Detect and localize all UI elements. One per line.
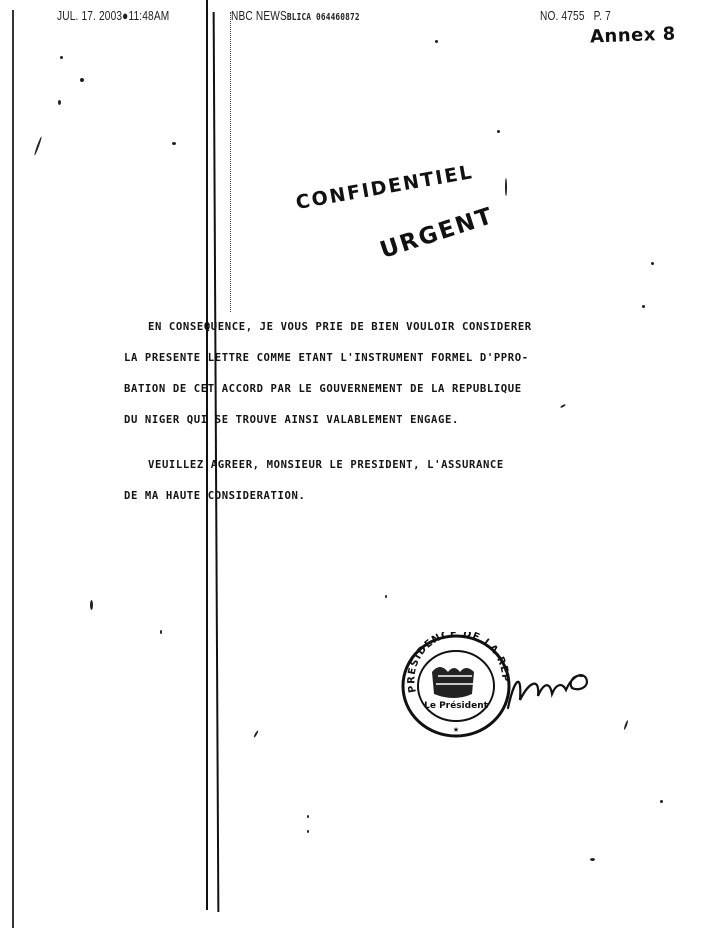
scan-speck	[34, 136, 43, 155]
scan-speck	[435, 40, 438, 43]
scan-speck	[307, 815, 309, 818]
scan-speck	[90, 600, 93, 610]
scan-speck	[80, 78, 84, 82]
letter-body: EN CONSEQUENCE, JE VOUS PRIE DE BIEN VOU…	[124, 312, 644, 512]
letter-line: EN CONSEQUENCE, JE VOUS PRIE DE BIEN VOU…	[124, 312, 644, 343]
scan-speck	[58, 100, 61, 105]
scan-speck	[623, 720, 628, 730]
fax-dotted-line	[230, 12, 231, 312]
scan-speck	[497, 130, 500, 133]
fax-header-number: NO. 4755 P. 7	[540, 8, 611, 23]
scan-speck	[660, 800, 663, 803]
svg-text:★: ★	[453, 724, 459, 735]
fax-sender: NBC NEWS	[231, 8, 287, 23]
letter-line: DU NIGER QUI SE TROUVE AINSI VALABLEMENT…	[124, 405, 644, 436]
letter-line: DE MA HAUTE CONSIDERATION.	[124, 481, 644, 512]
scan-speck	[307, 830, 309, 833]
scan-speck	[60, 56, 63, 59]
scan-speck	[590, 858, 595, 861]
fax-header-sender: NBC NEWSBLICA 064460872	[231, 8, 360, 23]
letter-line: VEUILLEZ AGREER, MONSIEUR LE PRESIDENT, …	[124, 450, 644, 481]
scan-speck	[505, 178, 507, 196]
letter-line: BATION DE CET ACCORD PAR LE GOUVERNEMENT…	[124, 374, 644, 405]
seal-inner-text: Le Président	[424, 700, 489, 711]
fax-page: P. 7	[594, 8, 611, 23]
fax-date: JUL. 17. 2003	[57, 8, 122, 23]
fax-number: NO. 4755	[540, 8, 585, 23]
letter-line: LA PRESENTE LETTRE COMME ETANT L'INSTRUM…	[124, 343, 644, 374]
fax-header-datetime: JUL. 17. 2003●11:48AM	[57, 8, 169, 23]
fax-sender-id: BLICA 064460872	[287, 12, 360, 23]
confidential-stamp: CONFIDENTIEL	[294, 161, 475, 214]
scan-speck	[253, 730, 259, 738]
urgent-stamp: URGENT	[377, 203, 497, 264]
handwritten-annex-label: Annex 8	[590, 24, 676, 48]
scan-speck	[642, 305, 645, 308]
scan-margin-line	[12, 10, 14, 928]
scan-speck	[160, 630, 162, 634]
handwritten-signature-icon	[500, 660, 595, 710]
scan-speck	[651, 262, 654, 265]
scan-speck	[172, 142, 176, 145]
paragraph-gap	[124, 436, 644, 450]
scan-speck	[385, 595, 387, 598]
fax-time: 11:48AM	[128, 8, 169, 23]
scanned-fax-page: JUL. 17. 2003●11:48AM NBC NEWSBLICA 0644…	[0, 0, 724, 940]
